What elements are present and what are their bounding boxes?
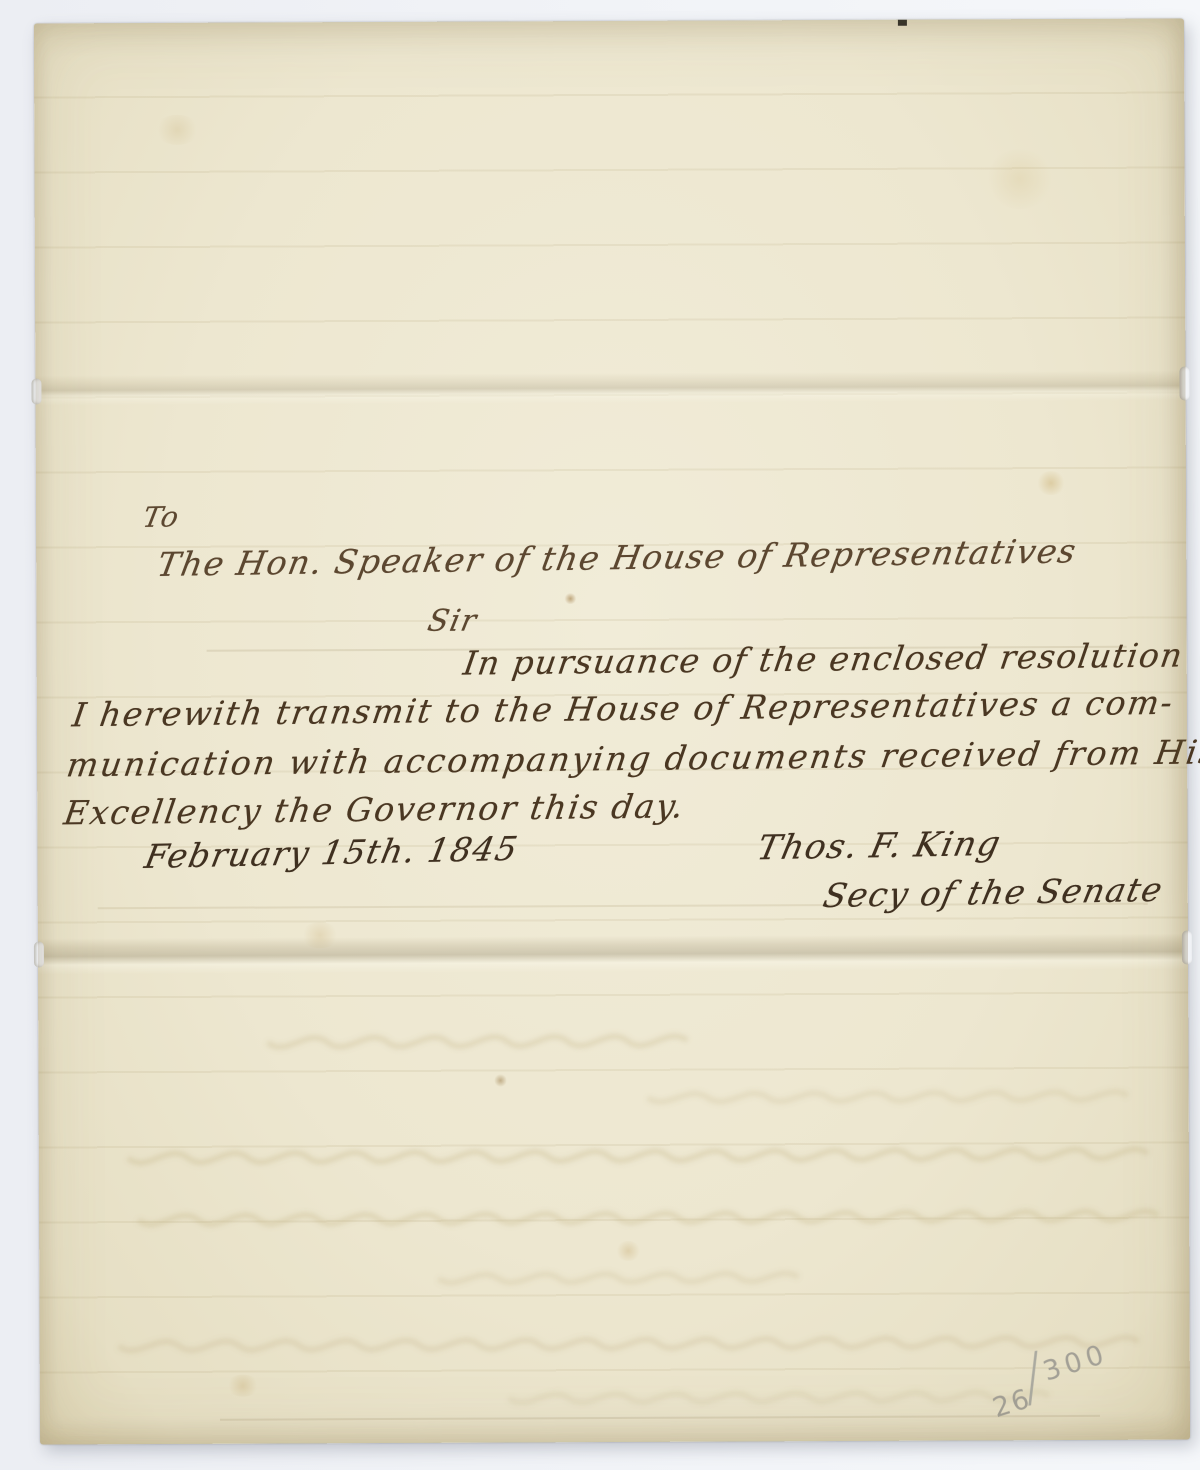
scan-background: { "letter": { "address_to": "To", "addre…: [0, 0, 1200, 1470]
letter-page: To The Hon. Speaker of the House of Repr…: [34, 18, 1190, 1444]
paper-vignette: [34, 18, 1190, 1444]
